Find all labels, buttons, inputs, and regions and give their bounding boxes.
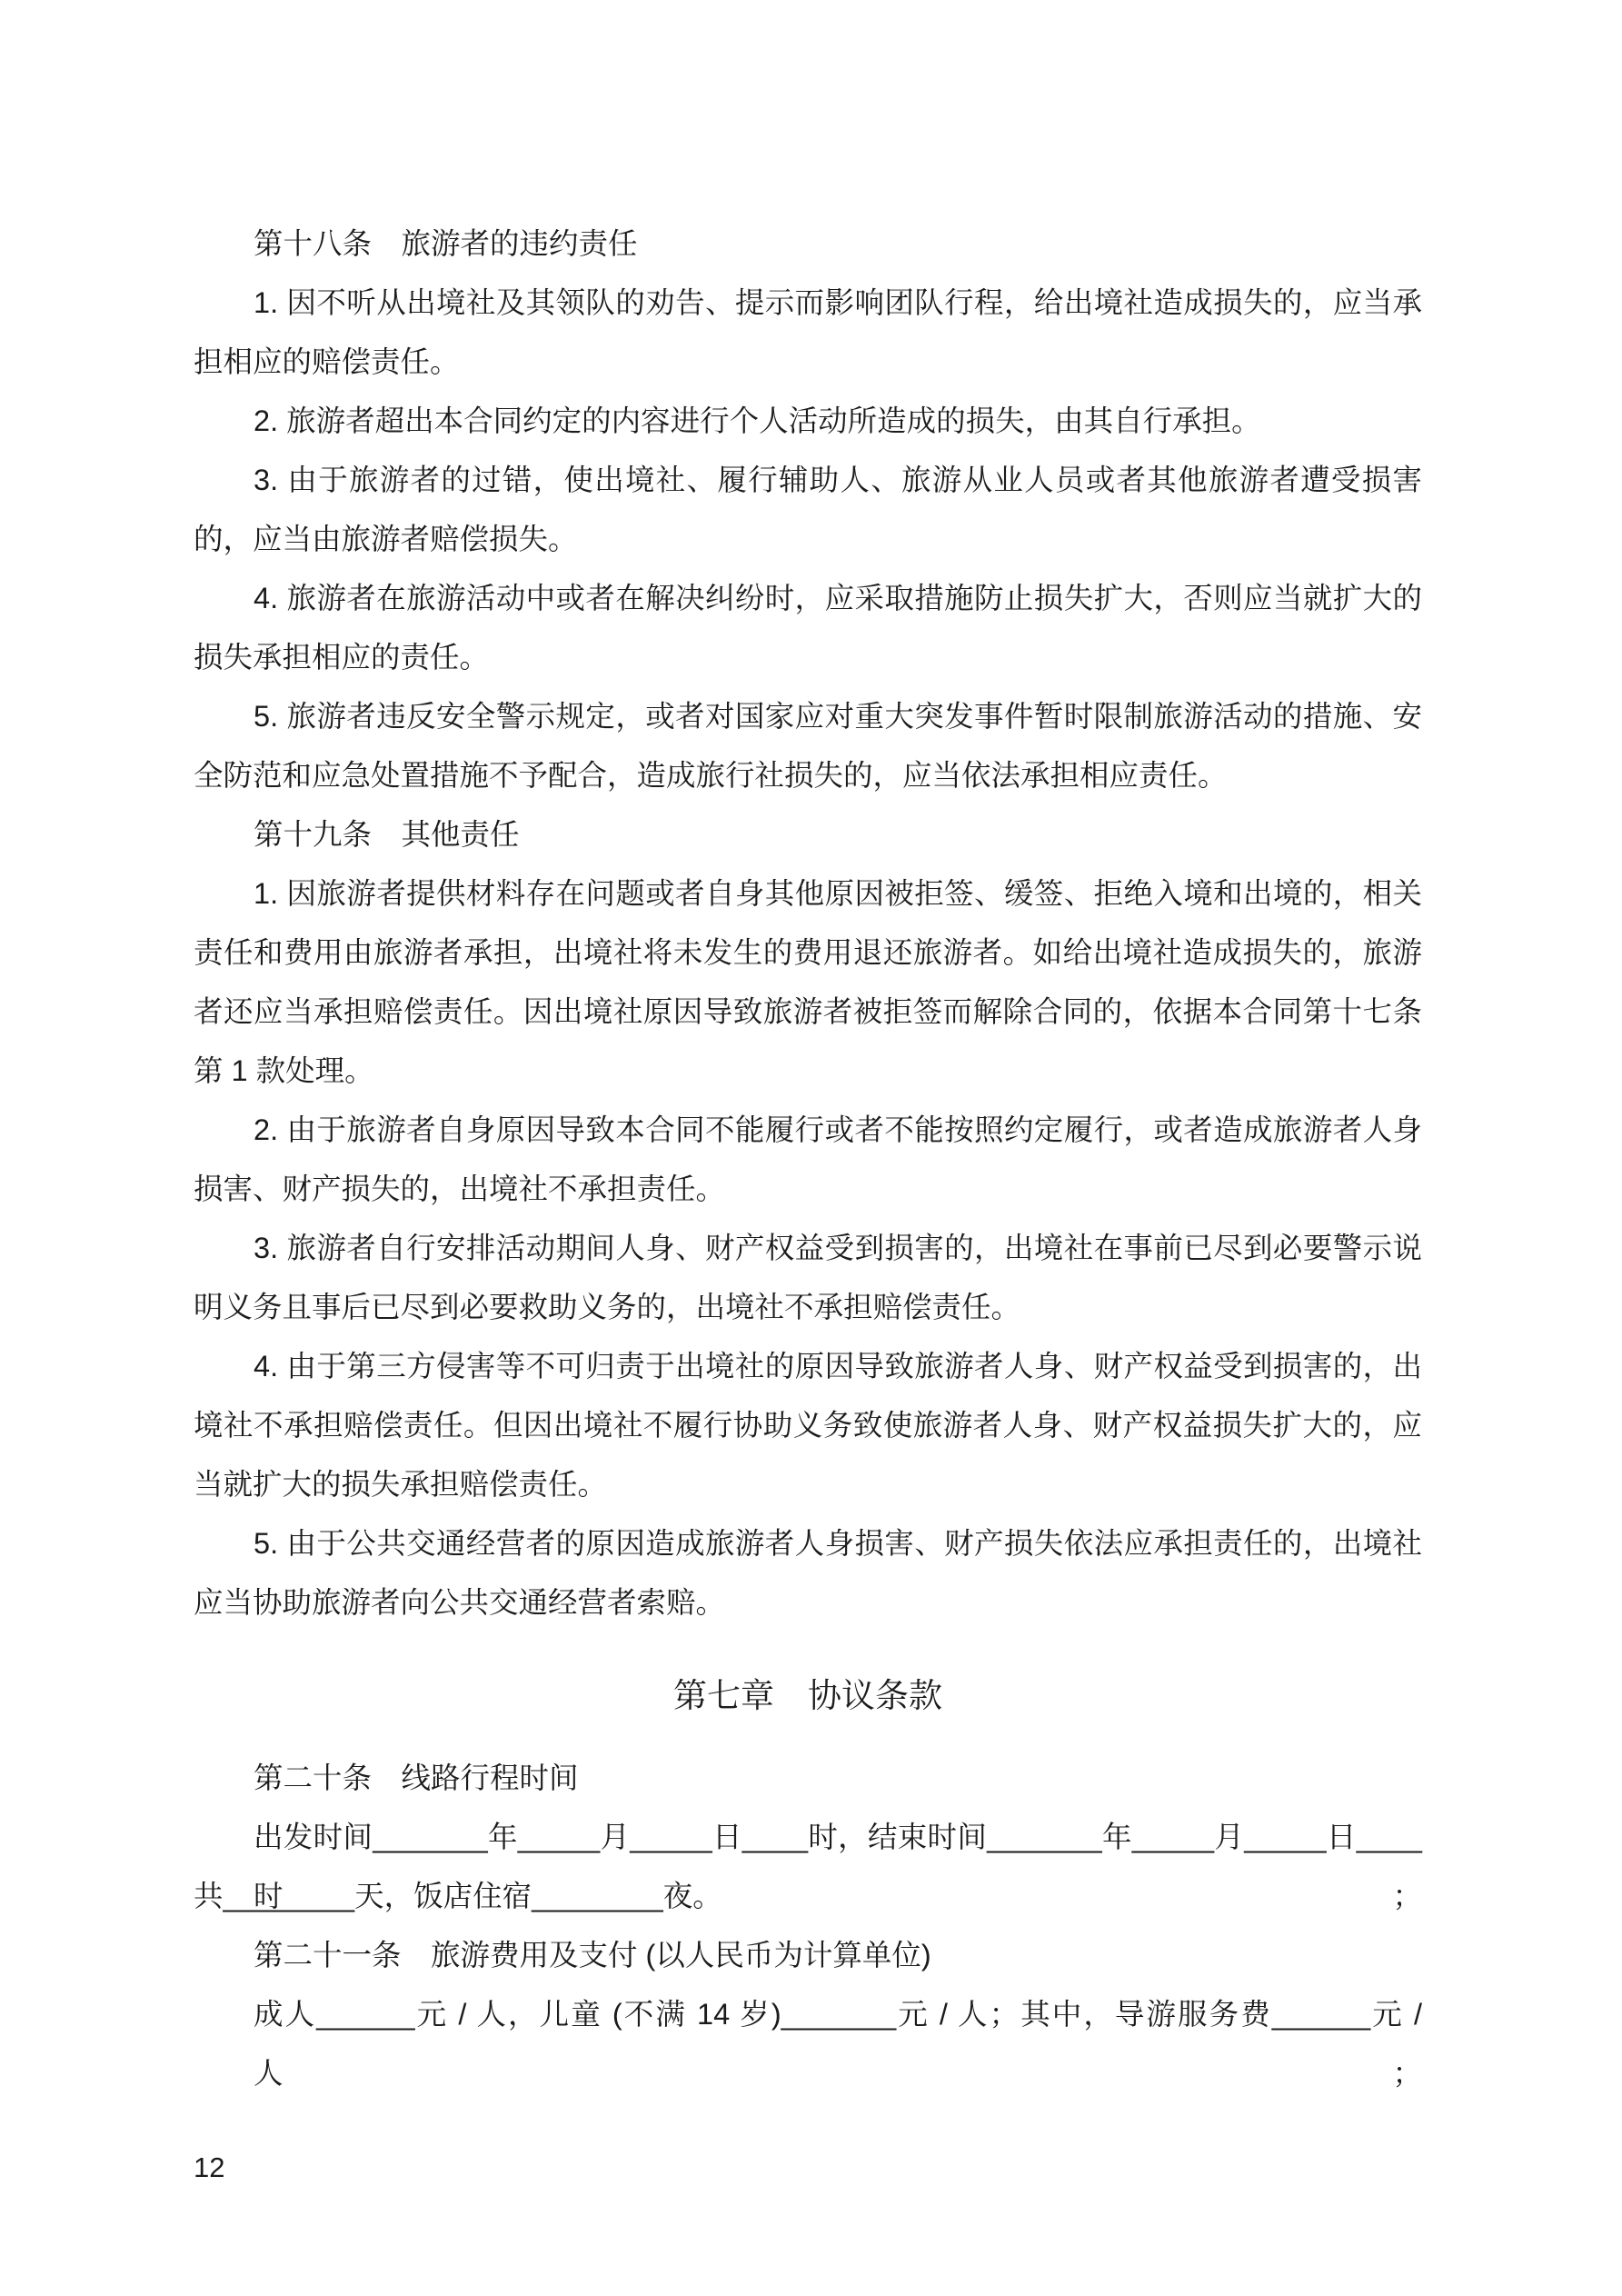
clause-line: 担相应的赔偿责任。 xyxy=(194,333,1422,392)
article-20-clause-1: 出发时间_______年_____月_____日____时，结束时间______… xyxy=(194,1808,1422,1926)
article-18-title: 第十八条 旅游者的违约责任 xyxy=(194,215,1422,274)
clause-line: 1. 因不听从出境社及其领队的劝告、提示而影响团队行程，给出境社造成损失的，应当… xyxy=(194,274,1422,333)
article-18-clause-3: 3. 由于旅游者的过错，使出境社、履行辅助人、旅游从业人员或者其他旅游者遭受损害… xyxy=(194,451,1422,569)
article-18-clause-4: 4. 旅游者在旅游活动中或者在解决纠纷时，应采取措施防止损失扩大，否则应当就扩大… xyxy=(194,569,1422,687)
clause-line: 责任和费用由旅游者承担，出境社将未发生的费用退还旅游者。如给出境社造成损失的，旅… xyxy=(194,923,1422,983)
clause-line: 5. 旅游者违反安全警示规定，或者对国家应对重大突发事件暂时限制旅游活动的措施、… xyxy=(194,687,1422,746)
article-19-clause-4: 4. 由于第三方侵害等不可归责于出境社的原因导致旅游者人身、财产权益受到损害的，… xyxy=(194,1337,1422,1514)
article-18-clause-1: 1. 因不听从出境社及其领队的劝告、提示而影响团队行程，给出境社造成损失的，应当… xyxy=(194,274,1422,392)
clause-line: 5. 由于公共交通经营者的原因造成旅游者人身损害、财产损失依法应承担责任的，出境… xyxy=(194,1514,1422,1573)
document-body: 第十八条 旅游者的违约责任 1. 因不听从出境社及其领队的劝告、提示而影响团队行… xyxy=(194,215,1422,2044)
article-18-clause-2: 2. 旅游者超出本合同约定的内容进行个人活动所造成的损失，由其自行承担。 xyxy=(194,392,1422,451)
clause-line: 3. 旅游者自行安排活动期间人身、财产权益受到损害的，出境社在事前已尽到必要警示… xyxy=(194,1219,1422,1278)
article-21-title: 第二十一条 旅游费用及支付 (以人民币为计算单位) xyxy=(194,1926,1422,1985)
clause-line: 损害、财产损失的，出境社不承担责任。 xyxy=(194,1160,1422,1219)
article-18-clause-5: 5. 旅游者违反安全警示规定，或者对国家应对重大突发事件暂时限制旅游活动的措施、… xyxy=(194,687,1422,805)
clause-line: 2. 旅游者超出本合同约定的内容进行个人活动所造成的损失，由其自行承担。 xyxy=(194,392,1422,451)
article-20-title: 第二十条 线路行程时间 xyxy=(194,1749,1422,1808)
clause-line-blank-fields: 成人______元 / 人，儿童 (不满 14 岁)_______元 / 人；其… xyxy=(194,1985,1422,2044)
article-19-clause-5: 5. 由于公共交通经营者的原因造成旅游者人身损害、财产损失依法应承担责任的，出境… xyxy=(194,1514,1422,1632)
clause-line: 3. 由于旅游者的过错，使出境社、履行辅助人、旅游从业人员或者其他旅游者遭受损害 xyxy=(194,451,1422,510)
clause-line: 4. 旅游者在旅游活动中或者在解决纠纷时，应采取措施防止损失扩大，否则应当就扩大… xyxy=(194,569,1422,628)
article-21-clause-1: 成人______元 / 人，儿童 (不满 14 岁)_______元 / 人；其… xyxy=(194,1985,1422,2044)
clause-line: 的，应当由旅游者赔偿损失。 xyxy=(194,510,1422,569)
clause-line: 2. 由于旅游者自身原因导致本合同不能履行或者不能按照约定履行，或者造成旅游者人… xyxy=(194,1101,1422,1160)
clause-line-blank-fields: 出发时间_______年_____月_____日____时，结束时间______… xyxy=(194,1808,1422,1867)
page-number: 12 xyxy=(194,2152,224,2182)
article-19-title: 第十九条 其他责任 xyxy=(194,805,1422,864)
clause-line: 境社不承担赔偿责任。但因出境社不履行协助义务致使旅游者人身、财产权益损失扩大的，… xyxy=(194,1396,1422,1455)
clause-line: 1. 因旅游者提供材料存在问题或者自身其他原因被拒签、缓签、拒绝入境和出境的，相… xyxy=(194,864,1422,923)
contract-page: { "page": { "background": "#ffffff", "te… xyxy=(0,0,1622,2296)
article-19-clause-2: 2. 由于旅游者自身原因导致本合同不能履行或者不能按照约定履行，或者造成旅游者人… xyxy=(194,1101,1422,1219)
clause-line: 全防范和应急处置措施不予配合，造成旅行社损失的，应当依法承担相应责任。 xyxy=(194,746,1422,805)
clause-line: 损失承担相应的责任。 xyxy=(194,628,1422,687)
chapter-7-heading: 第七章 协议条款 xyxy=(194,1666,1422,1725)
clause-line: 明义务且事后已尽到必要救助义务的，出境社不承担赔偿责任。 xyxy=(194,1278,1422,1337)
clause-line: 应当协助旅游者向公共交通经营者索赔。 xyxy=(194,1573,1422,1632)
clause-line: 第 1 款处理。 xyxy=(194,1042,1422,1101)
clause-line: 4. 由于第三方侵害等不可归责于出境社的原因导致旅游者人身、财产权益受到损害的，… xyxy=(194,1337,1422,1396)
article-19-clause-1: 1. 因旅游者提供材料存在问题或者自身其他原因被拒签、缓签、拒绝入境和出境的，相… xyxy=(194,864,1422,1101)
article-19-clause-3: 3. 旅游者自行安排活动期间人身、财产权益受到损害的，出境社在事前已尽到必要警示… xyxy=(194,1219,1422,1337)
clause-line: 者还应当承担赔偿责任。因出境社原因导致旅游者被拒签而解除合同的，依据本合同第十七… xyxy=(194,983,1422,1042)
clause-line: 当就扩大的损失承担赔偿责任。 xyxy=(194,1455,1422,1514)
